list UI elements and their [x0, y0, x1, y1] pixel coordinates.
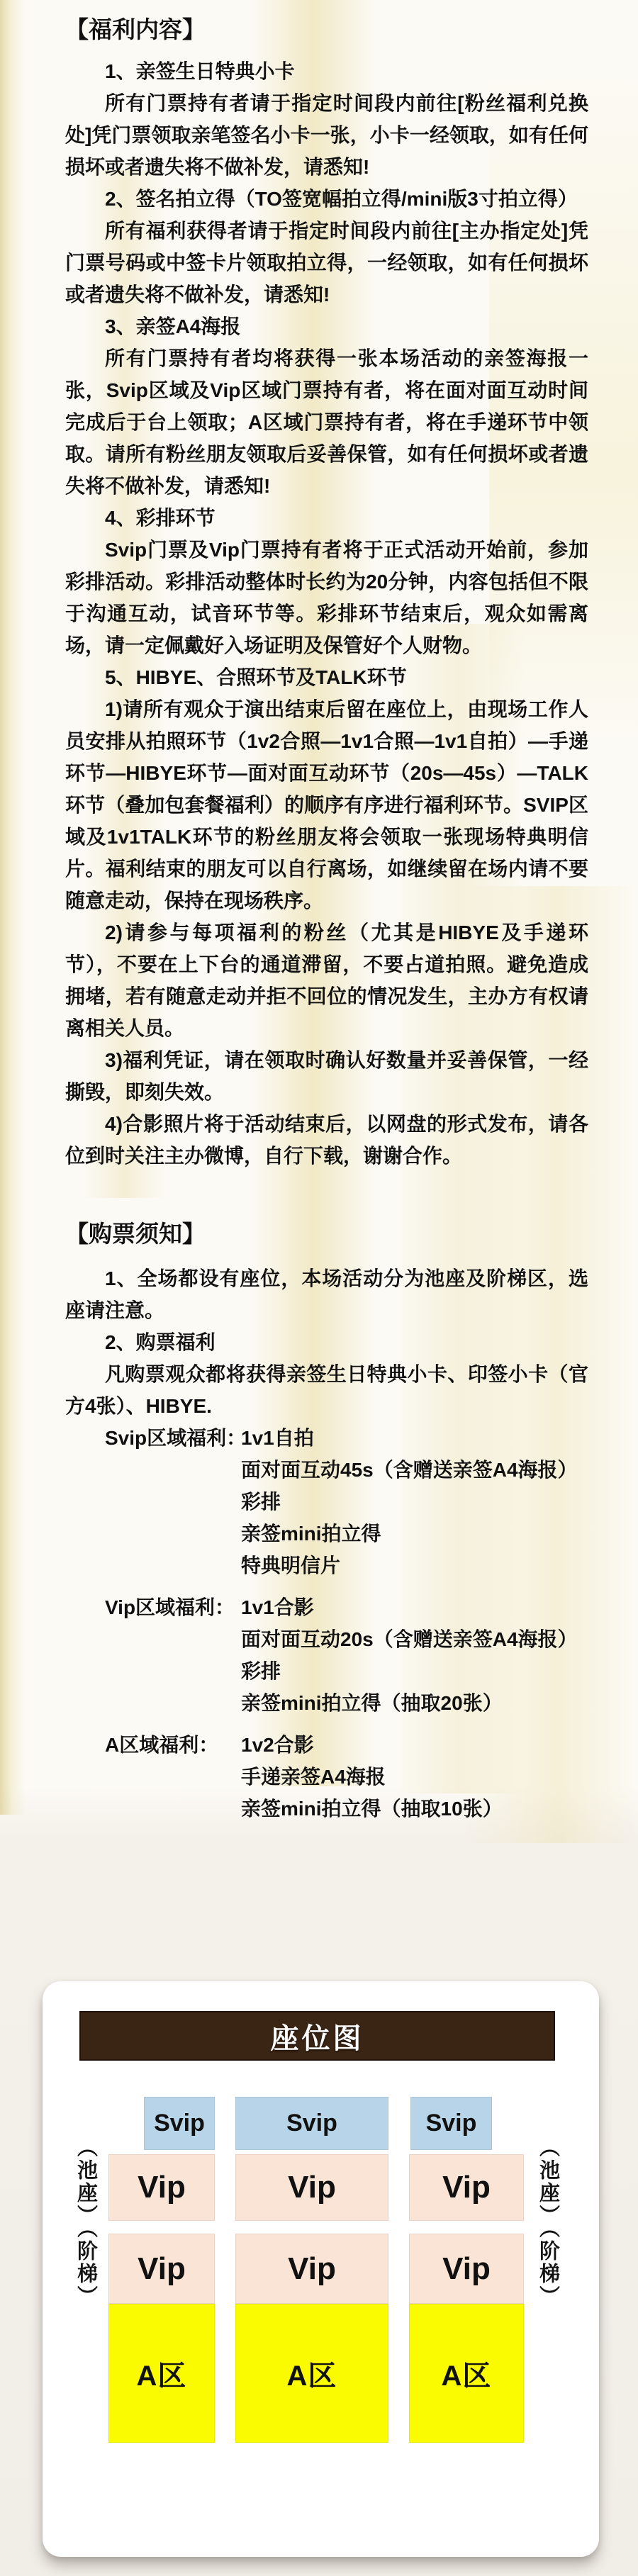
document: 【福利内容】 1、亲签生日特典小卡 所有门票持有者请于指定时间段内前往[粉丝福利… [0, 0, 638, 1825]
item-heading: 2、购票福利 [65, 1326, 588, 1358]
item-heading: 3、亲签A4海报 [65, 310, 588, 342]
seat-block-a-center: A区 [235, 2304, 388, 2443]
item-paragraph: 1)请所有观众于演出结束后留在座位上，由现场工作人员安排从拍照环节（1v2合照—… [65, 693, 588, 917]
zone-label: A区域福利： [105, 1729, 218, 1761]
zone-label: Vip区域福利： [105, 1591, 235, 1623]
zone-perk: 亲签mini拍立得 [241, 1518, 588, 1550]
item-paragraph: 所有门票持有者均将获得一张本场活动的亲签海报一张，Svip区域及Vip区域门票持… [65, 342, 588, 502]
side-label-pool-right: （池座） [535, 2137, 561, 2227]
zone-row-a: A区域福利： 1v2合影 手递亲签A4海报 亲签mini拍立得（抽取10张） [65, 1729, 588, 1825]
benefits-section-title: 【福利内容】 [65, 11, 588, 48]
zone-row-svip: Svip区域福利： 1v1自拍 面对面互动45s（含赠送亲签A4海报） 彩排 亲… [65, 1422, 588, 1581]
seat-block-vip-pool-left: Vip [108, 2154, 215, 2221]
zone-perk: 彩排 [241, 1655, 588, 1687]
zone-perk: 面对面互动45s（含赠送亲签A4海报） [241, 1454, 588, 1486]
zone-perk: 彩排 [241, 1486, 588, 1518]
item-heading: 4、彩排环节 [65, 502, 588, 534]
zone-perk: 特典明信片 [241, 1550, 588, 1581]
item-heading: 1、全场都设有座位，本场活动分为池座及阶梯区，选座请注意。 [65, 1262, 588, 1326]
item-paragraph: 所有门票持有者请于指定时间段内前往[粉丝福利兑换处]凭门票领取亲笔签名小卡一张，… [65, 87, 588, 183]
zone-row-vip: Vip区域福利： 1v1合影 面对面互动20s（含赠送亲签A4海报） 彩排 亲签… [65, 1591, 588, 1719]
zone-perk: 1v1合影 [241, 1591, 588, 1623]
item-paragraph: 3)福利凭证，请在领取时确认好数量并妥善保管，一经撕毁，即刻失效。 [65, 1044, 588, 1108]
ticketing-section-title: 【购票须知】 [65, 1216, 588, 1253]
item-heading: 1、亲签生日特典小卡 [65, 55, 588, 87]
seat-map-card: 座位图 Svip Svip Svip Vip Vip Vip Vip Vip V… [43, 1981, 599, 2557]
zone-perk: 手递亲签A4海报 [241, 1761, 588, 1793]
zone-perk: 面对面互动20s（含赠送亲签A4海报） [241, 1623, 588, 1655]
page: 【福利内容】 1、亲签生日特典小卡 所有门票持有者请于指定时间段内前往[粉丝福利… [0, 0, 638, 2576]
seat-block-vip-step-center: Vip [235, 2234, 388, 2304]
seat-block-a-right: A区 [409, 2304, 524, 2443]
item-paragraph: 4)合影照片将于活动结束后，以网盘的形式发布，请各位到时关注主办微博，自行下载，… [65, 1108, 588, 1172]
side-label-steps-left: （阶梯） [72, 2217, 99, 2308]
seat-block-vip-pool-center: Vip [235, 2154, 388, 2221]
seat-block-a-left: A区 [108, 2304, 215, 2443]
seat-block-vip-pool-right: Vip [409, 2154, 524, 2221]
item-paragraph: 2)请参与每项福利的粉丝（尤其是HIBYE及手递环节），不要在上下台的通道滞留，… [65, 917, 588, 1044]
zone-perk: 1v2合影 [241, 1729, 588, 1761]
zone-perk: 亲签mini拍立得（抽取20张） [241, 1687, 588, 1719]
zone-perk: 1v1自拍 [241, 1422, 588, 1454]
seat-block-svip-left: Svip [144, 2097, 215, 2150]
seat-block-vip-step-left: Vip [108, 2234, 215, 2304]
seat-block-svip-center: Svip [235, 2097, 388, 2150]
seat-block-svip-right: Svip [410, 2097, 492, 2150]
seat-block-vip-step-right: Vip [409, 2234, 524, 2304]
item-paragraph: 所有福利获得者请于指定时间段内前往[主办指定处]凭门票号码或中签卡片领取拍立得，… [65, 215, 588, 310]
item-paragraph: Svip门票及Vip门票持有者将于正式活动开始前，参加彩排活动。彩排活动整体时长… [65, 534, 588, 661]
side-label-steps-right: （阶梯） [535, 2217, 561, 2308]
item-paragraph: 凡购票观众都将获得亲签生日特典小卡、印签小卡（官方4张）、HIBYE. [65, 1358, 588, 1422]
zone-perk: 亲签mini拍立得（抽取10张） [241, 1793, 588, 1825]
side-label-pool-left: （池座） [72, 2137, 99, 2227]
seat-map-title: 座位图 [79, 2011, 555, 2061]
item-heading: 2、签名拍立得（TO签宽幅拍立得/mini版3寸拍立得） [65, 183, 588, 215]
zone-label: Svip区域福利： [105, 1422, 246, 1454]
item-heading: 5、HIBYE、合照环节及TALK环节 [65, 661, 588, 693]
